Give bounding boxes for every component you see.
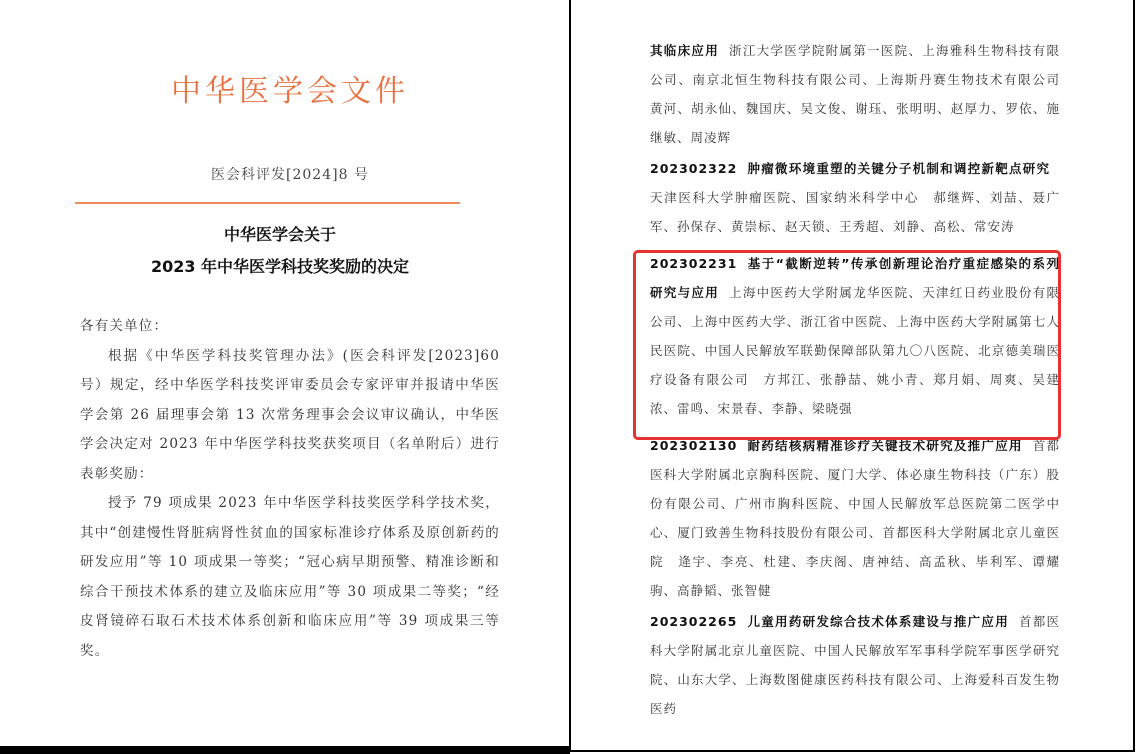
- document-body: 各有关单位： 根据《中华医学科技奖管理办法》(医会科评发[2023]60号）规定…: [80, 312, 500, 666]
- document-title-line1: 中华医学会关于: [40, 222, 520, 245]
- award-entry-code: 202302265: [650, 614, 737, 629]
- award-entry-body: 天津医科大学肿瘤医院、国家纳米科学中心 郝继辉、刘喆、聂广军、孙保存、黄崇标、赵…: [650, 190, 1060, 234]
- award-entry-code: 202302322: [650, 161, 737, 176]
- paragraph-2: 授予 79 项成果 2023 年中华医学科技奖医学科学技术奖，其中“创建慢性肾脏…: [80, 489, 500, 666]
- paragraph-1: 根据《中华医学科技奖管理办法》(医会科评发[2023]60号）规定，经中华医学科…: [80, 342, 500, 490]
- award-entry-body: 首都医科大学附属北京儿童医院、中国人民解放军军事科学院军事医学研究院、山东大学、…: [650, 614, 1060, 716]
- award-entry: 202302265儿童用药研发综合技术体系建设与推广应用首都医科大学附属北京儿童…: [650, 607, 1060, 723]
- highlight-annotation-box: [633, 250, 1061, 440]
- award-entry: 其临床应用浙江大学医学院附属第一医院、上海雅科生物科技有限公司、南京北恒生物科技…: [650, 36, 1060, 152]
- award-entry-title: 其临床应用: [650, 43, 719, 58]
- award-entry-body: 浙江大学医学院附属第一医院、上海雅科生物科技有限公司、南京北恒生物科技有限公司、…: [650, 43, 1074, 145]
- award-entry: 202302130耐药结核病精准诊疗关键技术研究及推广应用首都医科大学附属北京胸…: [650, 431, 1060, 605]
- page-bottom-edge: [0, 746, 570, 754]
- award-entry-title: 肿瘤微环境重塑的关键分子机制和调控新靶点研究: [747, 161, 1050, 176]
- award-entry-body: 首都医科大学附属北京胸科医院、厦门大学、体必康生物科技（广东）股份有限公司、广州…: [650, 438, 1060, 598]
- document-number: 医会科评发[2024]8 号: [80, 164, 500, 184]
- award-entry-title: 儿童用药研发综合技术体系建设与推广应用: [747, 614, 1009, 629]
- award-entry-title: 耐药结核病精准诊疗关键技术研究及推广应用: [747, 438, 1022, 453]
- document-header: 中华医学会文件: [80, 62, 500, 122]
- header-separator: [75, 202, 460, 204]
- document-title-line2: 2023 年中华医学科技奖奖励的决定: [40, 254, 520, 277]
- award-entry: 202302322肿瘤微环境重塑的关键分子机制和调控新靶点研究天津医科大学肿瘤医…: [650, 154, 1060, 241]
- award-entry-code: 202302130: [650, 438, 737, 453]
- salutation: 各有关单位：: [80, 312, 500, 342]
- document-page-left: 中华医学会文件 医会科评发[2024]8 号 中华医学会关于 2023 年中华医…: [0, 0, 569, 746]
